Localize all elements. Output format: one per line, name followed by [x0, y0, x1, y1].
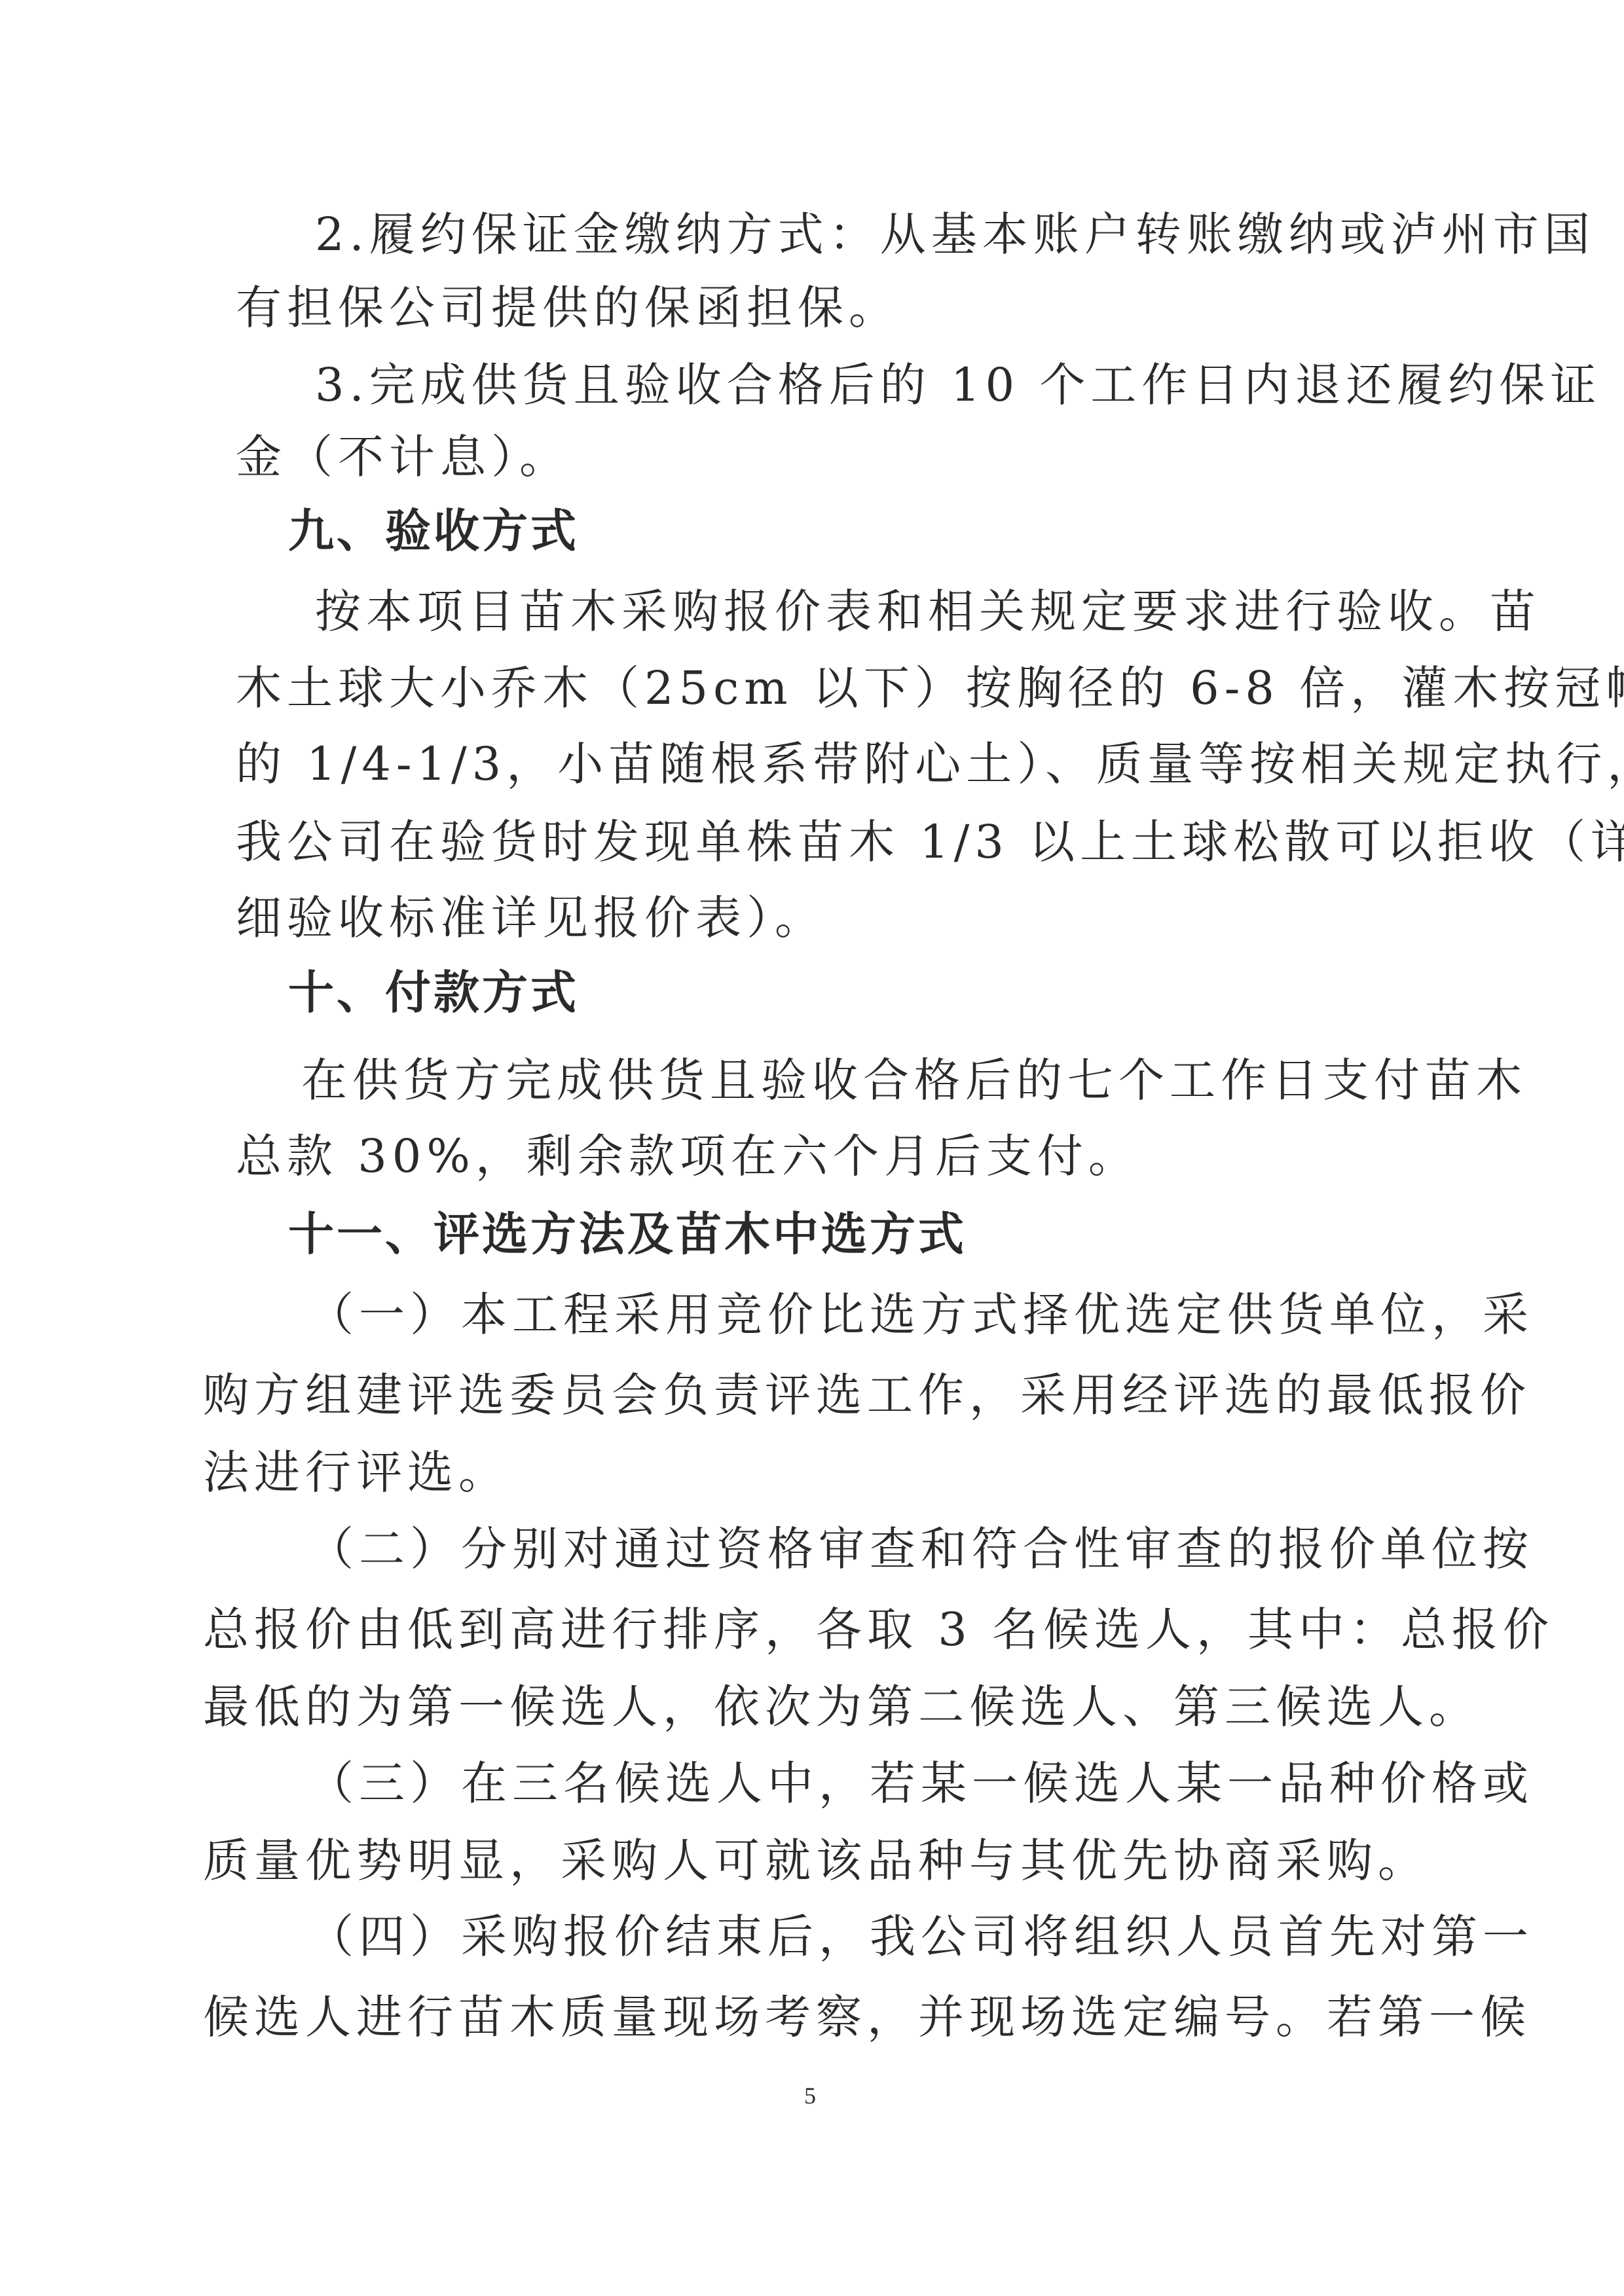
paragraph-line: 法进行评选。 — [203, 1443, 509, 1502]
paragraph-line: 总报价由低到高进行排序，各取 3 名候选人，其中：总报价 — [203, 1600, 1554, 1659]
paragraph-line: 在供货方完成供货且验收合格后的七个工作日支付苗木 — [301, 1051, 1527, 1110]
paragraph-line: （一）本工程采用竞价比选方式择优选定供货单位，采 — [308, 1285, 1534, 1344]
paragraph-line: 按本项目苗木采购报价表和相关规定要求进行验收。苗 — [315, 582, 1541, 641]
section-heading: 九、验收方式 — [288, 501, 579, 560]
paragraph-line: （四）采购报价结束后，我公司将组织人员首先对第一 — [308, 1907, 1534, 1966]
page-number: 5 — [804, 2082, 816, 2109]
paragraph-line: 3.完成供货且验收合格后的 10 个工作日内退还履约保证 — [315, 355, 1601, 414]
section-heading: 十、付款方式 — [288, 963, 579, 1022]
paragraph-line: （三）在三名候选人中，若某一候选人某一品种价格或 — [308, 1754, 1534, 1813]
paragraph-line: 木土球大小乔木（25cm 以下）按胸径的 6-8 倍，灌木按冠幅 — [236, 659, 1624, 718]
paragraph-line: 最低的为第一候选人，依次为第二候选人、第三候选人。 — [203, 1677, 1480, 1736]
paragraph-line: 细验收标准详见报价表）。 — [236, 888, 826, 947]
paragraph-line: 购方组建评选委员会负责评选工作，采用经评选的最低报价 — [203, 1366, 1531, 1425]
paragraph-line: 2.履约保证金缴纳方式：从基本账户转账缴纳或泸州市国 — [315, 205, 1595, 264]
section-heading: 十一、评选方法及苗木中选方式 — [288, 1205, 967, 1264]
paragraph-line: 总款 30%，剩余款项在六个月后支付。 — [236, 1127, 1139, 1186]
paragraph-line: 我公司在验货时发现单株苗木 1/3 以上土球松散可以拒收（详 — [236, 812, 1624, 871]
paragraph-line: 质量优势明显，采购人可就该品种与其优先协商采购。 — [203, 1831, 1429, 1890]
paragraph-line: （二）分别对通过资格审查和符合性审查的报价单位按 — [308, 1520, 1534, 1578]
paragraph-line: 候选人进行苗木质量现场考察，并现场选定编号。若第一候 — [203, 1988, 1531, 2047]
paragraph-line: 金（不计息）。 — [236, 428, 570, 486]
paragraph-line: 有担保公司提供的保函担保。 — [236, 278, 900, 337]
paragraph-line: 的 1/4-1/3，小苗随根系带附心土）、质量等按相关规定执行， — [236, 735, 1624, 793]
